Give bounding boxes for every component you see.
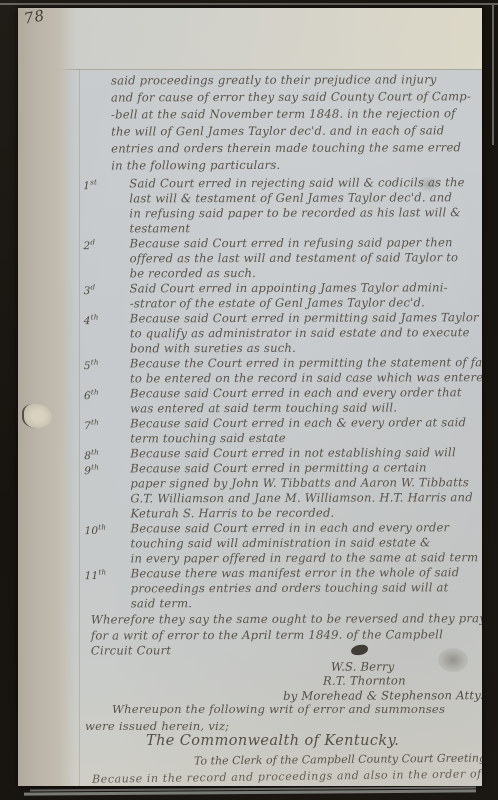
- writ-line: Whereupon the following writ of error an…: [112, 702, 445, 716]
- commonwealth-heading: The Commonwealth of Kentucky.: [146, 733, 399, 749]
- frame-highlight-top: [0, 3, 498, 5]
- ledger-page: 78 said proceedings greatly to their pre…: [18, 8, 482, 786]
- clerk-address: To the Clerk of the Campbell County Cour…: [194, 751, 482, 767]
- final-line: Because in the record and proceedings an…: [92, 767, 482, 786]
- ledger-photo: 78 said proceedings greatly to their pre…: [0, 0, 498, 800]
- ink-smudge: [438, 648, 468, 672]
- frame-highlight-right: [492, 5, 494, 145]
- writ-section: Whereupon the following writ of error an…: [18, 8, 482, 786]
- writ-line: were issued herein, viz;: [85, 719, 229, 733]
